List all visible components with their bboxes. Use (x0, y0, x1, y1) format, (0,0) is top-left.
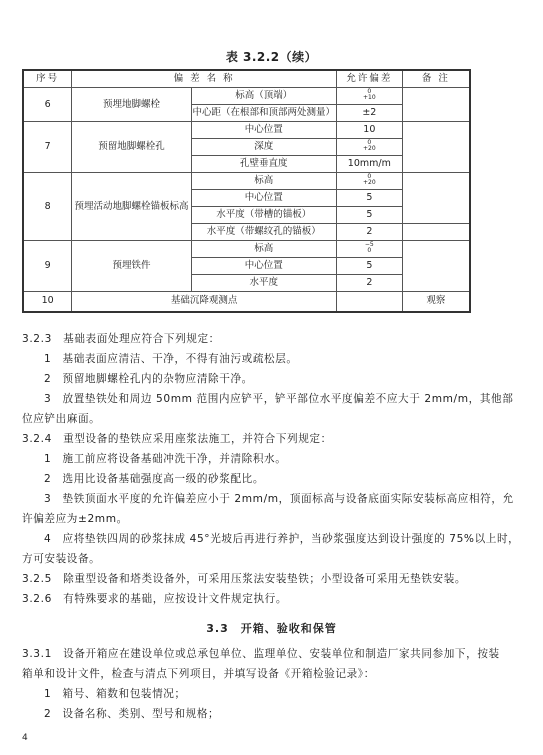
table-row: 7 预留地脚螺栓孔 中心位置 10 (23, 122, 470, 139)
row-item: 标高 (191, 173, 336, 190)
clause-continuation: 箱单和设计文件，检查与清点下列项目，并填写设备《开箱检验记录》： (22, 667, 375, 681)
row-no: 9 (23, 241, 72, 292)
row-item: 中心位置 (191, 122, 336, 139)
row-name: 预埋活动地脚螺栓锚板标高 (72, 173, 191, 241)
list-item: 1 箱号、箱数和包装情况； (44, 687, 186, 701)
row-note (402, 88, 470, 122)
row-item: 水平度 (191, 275, 336, 292)
row-note (402, 224, 470, 241)
row-note: 观察 (402, 292, 470, 312)
row-item: 标高（顶端） (191, 88, 336, 105)
row-name: 预留地脚螺栓孔 (72, 122, 191, 173)
header-name: 偏 差 名 称 (72, 70, 337, 88)
row-tolerance: 10 (336, 122, 402, 139)
row-no: 6 (23, 88, 72, 122)
table-title: 表 3.2.2（续） (0, 48, 543, 65)
row-item: 深度 (191, 139, 336, 156)
clause-3-2-5: 3.2.5 除重型设备和塔类设备外，可采用压浆法安装垫铁；小型设备可采用无垫铁安… (22, 572, 466, 586)
row-name: 预埋铁件 (72, 241, 191, 292)
row-tolerance: ±2 (336, 105, 402, 122)
row-note (402, 241, 470, 292)
list-item: 3 垫铁顶面水平度的允许偏差应小于 2mm/m，顶面标高与设备底面实际安装标高应… (44, 492, 514, 506)
row-tolerance: 5 (336, 190, 402, 207)
page-number: 4 (22, 733, 28, 743)
row-tolerance: 0+20 (336, 139, 402, 156)
list-item: 2 选用比设备基础强度高一级的砂浆配比。 (44, 472, 264, 486)
row-tolerance: 2 (336, 224, 402, 241)
list-item-continuation: 位应铲出麻面。 (22, 412, 100, 426)
row-item: 中心位置 (191, 258, 336, 275)
row-no: 8 (23, 173, 72, 241)
row-note (402, 173, 470, 224)
row-tolerance: −50 (336, 241, 402, 258)
table-row: 6 预埋地脚螺栓 标高（顶端） 0+10 (23, 88, 470, 105)
list-item-continuation: 许偏差应为±2mm。 (22, 512, 128, 526)
row-tolerance: 5 (336, 207, 402, 224)
row-name: 基础沉降观测点 (72, 292, 337, 312)
row-item: 标高 (191, 241, 336, 258)
list-item: 2 设备名称、类别、型号和规格； (44, 707, 219, 721)
table-row: 10 基础沉降观测点 观察 (23, 292, 470, 312)
tol-lower: +20 (363, 179, 376, 186)
row-item: 水平度（带螺纹孔的锚板） (191, 224, 336, 241)
list-item: 1 施工前应将设备基础冲洗干净，并清除积水。 (44, 452, 286, 466)
row-item: 中心距（在根部和顶部两处测量） (191, 105, 336, 122)
header-tolerance: 允许偏差 (336, 70, 402, 88)
row-tolerance: 0+20 (336, 173, 402, 190)
list-item: 2 预留地脚螺栓孔内的杂物应清除干净。 (44, 372, 253, 386)
clause-3-2-3: 3.2.3 基础表面处理应符合下列规定： (22, 332, 220, 346)
row-no: 10 (23, 292, 72, 312)
row-item: 中心位置 (191, 190, 336, 207)
list-item: 3 放置垫铁处和周边 50mm 范围内应铲平，铲平部位水平度偏差不应大于 2mm… (44, 392, 513, 406)
clause-3-3-1: 3.3.1 设备开箱应在建设单位或总承包单位、监理单位、安装单位和制造厂家共同参… (22, 647, 500, 661)
table-header: 序号 偏 差 名 称 允许偏差 备 注 (23, 70, 470, 88)
tol-lower: 0 (367, 247, 371, 254)
table-row: 9 预埋铁件 标高 −50 (23, 241, 470, 258)
row-item: 孔壁垂直度 (191, 156, 336, 173)
row-name: 预埋地脚螺栓 (72, 88, 191, 122)
header-no: 序号 (23, 70, 72, 88)
table-row: 8 预埋活动地脚螺栓锚板标高 标高 0+20 (23, 173, 470, 190)
row-tolerance: 2 (336, 275, 402, 292)
section-title: 3.3 开箱、验收和保管 (0, 620, 543, 636)
deviation-table: 序号 偏 差 名 称 允许偏差 备 注 6 预埋地脚螺栓 标高（顶端） 0+10… (22, 69, 471, 313)
row-item: 水平度（带槽的锚板） (191, 207, 336, 224)
tol-lower: +20 (363, 145, 376, 152)
list-item: 1 基础表面应清洁、干净，不得有油污或疏松层。 (44, 352, 298, 366)
row-note (402, 122, 470, 173)
row-tolerance: 10mm/m (336, 156, 402, 173)
list-item: 4 应将垫铁四周的砂浆抹成 45°光坡后再进行养护，当砂浆强度达到设计强度的 7… (44, 532, 519, 546)
row-tolerance (336, 292, 402, 312)
clause-3-2-6: 3.2.6 有特殊要求的基础，应按设计文件规定执行。 (22, 592, 287, 606)
row-tolerance: 0+10 (336, 88, 402, 105)
list-item-continuation: 方可安装设备。 (22, 552, 100, 566)
header-note: 备 注 (402, 70, 470, 88)
clause-3-2-4: 3.2.4 重型设备的垫铁应采用座浆法施工，并符合下列规定： (22, 432, 332, 446)
tol-lower: +10 (363, 94, 376, 101)
row-tolerance: 5 (336, 258, 402, 275)
row-no: 7 (23, 122, 72, 173)
